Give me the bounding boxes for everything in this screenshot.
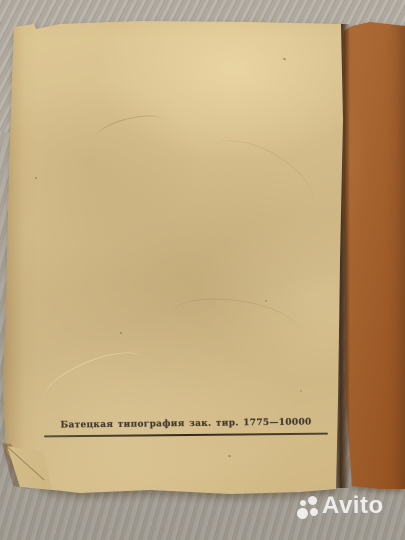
photo-scene: Батецкая типография зак. тир. 1775—10000… (0, 0, 405, 540)
imprint-rule (44, 433, 328, 438)
paper-speck (228, 455, 231, 457)
avito-watermark: Avito (295, 494, 405, 530)
crease-mark (193, 124, 327, 237)
paper-speck (35, 177, 37, 179)
book-back-page: Батецкая типография зак. тир. 1775—10000 (0, 0, 405, 540)
crease-mark (93, 110, 166, 149)
avito-logo-icon (308, 496, 317, 505)
crease-mark (36, 341, 153, 420)
paper-speck (283, 57, 287, 60)
paper-speck (120, 332, 122, 334)
back-page-wrap: Батецкая типография зак. тир. 1775—10000 (0, 0, 405, 540)
avito-logo-icon (300, 500, 306, 506)
crease-mark (167, 291, 302, 356)
avito-logo-icon (310, 508, 318, 516)
paper-speck (300, 390, 302, 392)
printer-imprint-line: Батецкая типография зак. тир. 1775—10000 (55, 417, 317, 430)
paper-speck (265, 300, 267, 302)
avito-watermark-text: Avito (322, 492, 384, 520)
avito-logo-icon (297, 508, 308, 519)
imprint-text: Батецкая типография зак. тир. 1775—10000 (60, 417, 311, 430)
